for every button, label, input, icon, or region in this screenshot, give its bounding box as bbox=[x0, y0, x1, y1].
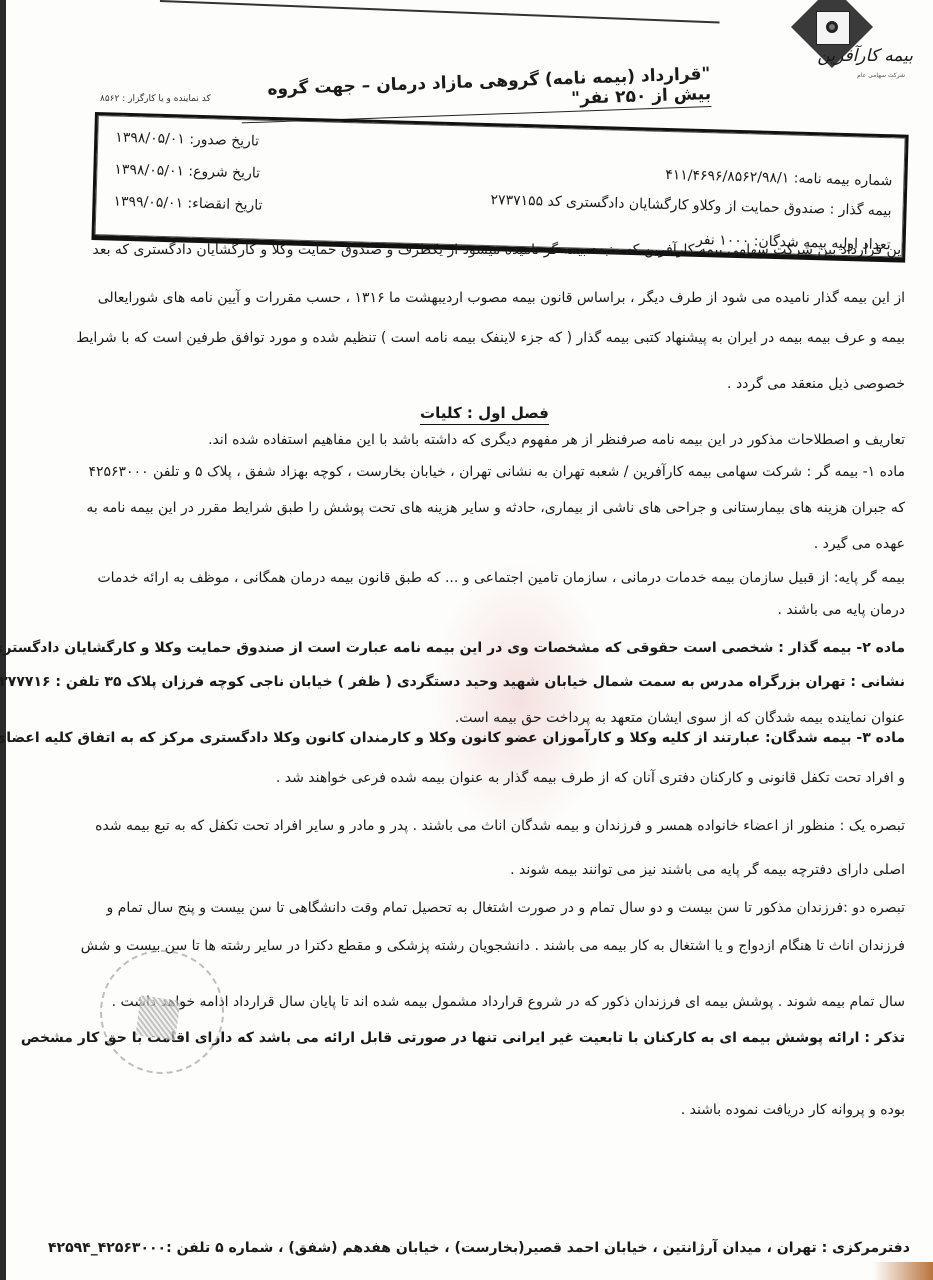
company-logo: بیمه کارآفرین شرکت سهامی عام bbox=[763, 0, 913, 80]
clause-line: نشانی : تهران بزرگراه مدرس به سمت شمال خ… bbox=[0, 674, 905, 690]
company-name: بیمه کارآفرین bbox=[817, 46, 913, 66]
clause-line: تبصره دو :فرزندان مذکور تا سن بیست و دو … bbox=[106, 900, 905, 916]
clause-line: ماده ۲- بیمه گذار : شخصی است حقوقی که مش… bbox=[0, 640, 905, 656]
document-page: بیمه کارآفرین شرکت سهامی عام "قرارداد (ب… bbox=[0, 0, 933, 1280]
policy-number: شماره بیمه نامه: ۴۱۱/۴۶۹۶/۸۵۶۲/۹۸/۱ bbox=[665, 167, 893, 189]
scan-edge-stain bbox=[873, 1262, 933, 1280]
header-rule bbox=[160, 0, 720, 23]
logo-target-icon bbox=[826, 21, 838, 33]
intro-line: خصوصی ذیل منعقد می گردد . bbox=[727, 376, 905, 392]
clause-line: فرزندان اناث تا هنگام ازدواج و یا اشتغال… bbox=[81, 938, 905, 954]
clause-line: که جبران هزینه های بیمارستانی و جراحی ها… bbox=[86, 500, 905, 516]
clause-line: بوده و پروانه کار دریافت نموده باشند . bbox=[681, 1102, 905, 1118]
head-office-address: دفترمرکزی : تهران ، میدان آرژانتین ، خیا… bbox=[48, 1240, 910, 1256]
intro-line: این قرارداد بین شرکت سهامی بیمه کارآفرین… bbox=[92, 242, 905, 258]
clause-line: عنوان نماینده بیمه شدگان که از سوی ایشان… bbox=[455, 710, 905, 726]
section-title: فصل اول : کلیات bbox=[420, 404, 549, 425]
clause-line: تعاریف و اصطلاحات مذکور در این بیمه نامه… bbox=[208, 432, 905, 448]
start-date: تاریخ شروع: ۱۳۹۸/۰۵/۰۱ bbox=[114, 162, 260, 182]
expiry-date: تاریخ انقضاء: ۱۳۹۹/۰۵/۰۱ bbox=[113, 194, 262, 214]
intro-line: بیمه و عرف بیمه بیمه در ایران به پیشنهاد… bbox=[76, 330, 905, 346]
clause-line: بیمه گر پایه: از قبیل سازمان بیمه خدمات … bbox=[97, 570, 905, 586]
agent-code: کد نماینده و یا کارگزار : ۸۵۶۲ bbox=[100, 94, 211, 104]
company-subtitle: شرکت سهامی عام bbox=[857, 72, 905, 79]
clause-line: ماده ۳- بیمه شدگان: عبارتند از کلیه وکلا… bbox=[0, 730, 905, 746]
document-title: "قرارداد (بیمه نامه) گروهی مازاد درمان –… bbox=[240, 64, 711, 123]
clause-line: ماده ۱- بیمه گر : شرکت سهامی بیمه کارآفر… bbox=[88, 464, 905, 480]
clause-line: و افراد تحت تکفل قانونی و کارکنان دفتری … bbox=[276, 770, 905, 786]
intro-paragraph: این قرارداد بین شرکت سهامی بیمه کارآفرین… bbox=[60, 240, 905, 410]
intro-line: از این بیمه گذار نامیده می شود از طرف دی… bbox=[98, 290, 905, 306]
clause-line: تبصره یک : منظور از اعضاء خانواده همسر و… bbox=[95, 818, 905, 834]
policyholder: بیمه گذار : صندوق حمایت از وکلاو کارگشای… bbox=[490, 192, 891, 219]
clause-line: درمان پایه می باشند . bbox=[778, 602, 906, 618]
issue-date: تاریخ صدور: ۱۳۹۸/۰۵/۰۱ bbox=[115, 130, 259, 150]
stamp-seal-icon bbox=[135, 995, 180, 1040]
clause-line: سال تمام بیمه شوند . پوشش بیمه ای فرزندا… bbox=[112, 994, 905, 1010]
clause-line: عهده می گیرد . bbox=[814, 536, 905, 552]
clause-line: اصلی دارای دفترچه بیمه گر پایه می باشند … bbox=[510, 862, 905, 878]
